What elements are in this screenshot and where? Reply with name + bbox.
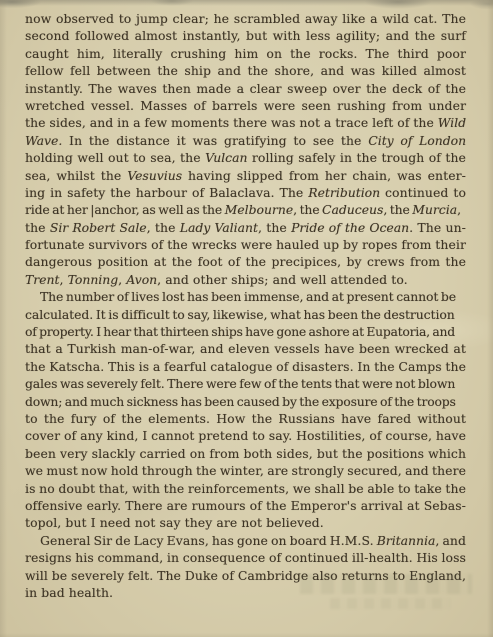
text-line-content: ing in safety the harbour of Balaclava. … <box>25 185 466 202</box>
text-line-content: caught him, literally crushing him on th… <box>25 46 466 63</box>
text-segment: of property. I hear that thirteen ships … <box>25 325 455 339</box>
text-line: wretched vessel. Masses of barrels were … <box>25 98 466 115</box>
text-line: the sides, and in a few moments there wa… <box>25 115 466 132</box>
text-line: ing in safety the harbour of Balaclava. … <box>25 185 466 202</box>
text-line-content: been very slackly carried on from both s… <box>25 446 466 463</box>
text-line: General Sir de Lacy Evans, has gone on b… <box>25 533 466 550</box>
text-line-content: ride at her |anchor, as well as the Melb… <box>25 202 461 219</box>
text-line-content: of property. I hear that thirteen ships … <box>25 324 455 341</box>
text-line: in bad health. <box>25 585 466 602</box>
text-segment: sea, whilst the <box>25 169 127 183</box>
paragraph: now observed to jump clear; he scrambled… <box>25 11 466 289</box>
text-line: been very slackly carried on from both s… <box>25 446 466 463</box>
text-segment: Vesuvius <box>127 169 182 183</box>
text-line: the Sir Robert Sale, the Lady Valiant, t… <box>25 220 466 237</box>
text-segment: In the distance it was gratifying to see… <box>62 134 368 148</box>
text-segment: ride at her |anchor, as well as the <box>25 203 225 217</box>
text-segment: dangerous position at the foot of the pr… <box>25 255 466 269</box>
text-line-content: wretched vessel. Masses of barrels were … <box>25 98 466 115</box>
text-line: Trent, Tonning, Avon, and other ships; a… <box>25 272 466 289</box>
text-line-content: the sides, and in a few moments there wa… <box>25 115 466 132</box>
text-line: ride at her |anchor, as well as the Melb… <box>25 202 466 219</box>
text-line-content: Trent, Tonning, Avon, and other ships; a… <box>25 272 408 289</box>
text-line-content: calculated. It is difficult to say, like… <box>25 307 455 324</box>
text-segment: now observed to jump clear; he scrambled… <box>25 12 466 26</box>
text-segment: fellow fell between the ship and the sho… <box>25 64 466 78</box>
text-line: cover of any kind, I cannot pretend to s… <box>25 428 466 445</box>
text-segment: offensive early. There are rumours of th… <box>25 499 466 513</box>
text-line: down; and much sickness has been caused … <box>25 394 466 411</box>
text-line: now observed to jump clear; he scrambled… <box>25 11 466 28</box>
paragraph: The number of lives lost has been immens… <box>25 289 466 532</box>
text-line-content: fellow fell between the ship and the sho… <box>25 63 466 80</box>
text-segment: topol, but I need not say they are not b… <box>25 516 324 530</box>
text-segment: instantly. The waves then made a clear s… <box>25 82 466 96</box>
text-segment: Avon <box>126 273 157 287</box>
text-line-content: Wave. In the distance it was gratifying … <box>25 133 466 150</box>
text-segment: caught him, literally crushing him on th… <box>25 47 466 61</box>
text-line-content: is no doubt that, with the reinforcement… <box>25 481 466 498</box>
text-segment: having slipped from her chain, was enter… <box>182 169 466 183</box>
text-segment: is no doubt that, with the reinforcement… <box>25 482 466 496</box>
text-line: instantly. The waves then made a clear s… <box>25 81 466 98</box>
text-line: fellow fell between the ship and the sho… <box>25 63 466 80</box>
text-segment: , and <box>435 534 466 548</box>
text-segment: Retribution <box>308 186 380 200</box>
text-line: holding well out to sea, the Vulcan roll… <box>25 150 466 167</box>
text-line: is no doubt that, with the reinforcement… <box>25 481 466 498</box>
text-segment: , the <box>383 203 412 217</box>
text-segment: Tonning <box>68 273 119 287</box>
text-segment: , the <box>147 221 180 235</box>
text-line: calculated. It is difficult to say, like… <box>25 307 466 324</box>
text-segment: wretched vessel. Masses of barrels were … <box>25 99 466 113</box>
text-segment: Vulcan <box>205 151 247 165</box>
text-segment: Melbourne <box>225 203 294 217</box>
text-line: the Katscha. This is a fearful catalogue… <box>25 359 466 376</box>
text-line-content: offensive early. There are rumours of th… <box>25 498 466 515</box>
text-segment: will be severely felt. The Duke of Cambr… <box>25 569 466 583</box>
text-line-content: instantly. The waves then made a clear s… <box>25 81 466 98</box>
text-segment: General Sir de Lacy Evans, has gone on b… <box>40 534 377 548</box>
text-line: fortunate survivors of the wrecks were h… <box>25 237 466 254</box>
text-line-content: we must now hold through the winter, are… <box>25 463 466 480</box>
text-segment: second followed almost instantly, but wi… <box>25 29 466 43</box>
text-segment: we must now hold through the winter, are… <box>25 464 466 478</box>
text-line: resigns his command, in consequence of c… <box>25 550 466 567</box>
text-line-content: second followed almost instantly, but wi… <box>25 28 466 45</box>
text-segment: , and other ships; and well attended to. <box>157 273 408 287</box>
text-line: of property. I hear that thirteen ships … <box>25 324 466 341</box>
text-line: The number of lives lost has been immens… <box>25 289 466 306</box>
text-line: caught him, literally crushing him on th… <box>25 46 466 63</box>
text-segment: Wild <box>438 116 466 130</box>
text-line-content: fortunate survivors of the wrecks were h… <box>25 237 466 254</box>
text-line: Wave. In the distance it was gratifying … <box>25 133 466 150</box>
text-line-content: The number of lives lost has been immens… <box>40 289 456 306</box>
text-segment: The number of lives lost has been immens… <box>40 290 456 304</box>
text-segment: Lady Valiant <box>180 221 258 235</box>
text-line: offensive early. There are rumours of th… <box>25 498 466 515</box>
text-line-content: topol, but I need not say they are not b… <box>25 515 324 532</box>
text-segment: fortunate survivors of the wrecks were h… <box>25 238 466 252</box>
text-line: will be severely felt. The Duke of Cambr… <box>25 568 466 585</box>
text-segment: to the fury of the elements. How the Rus… <box>25 412 466 426</box>
text-line-content: General Sir de Lacy Evans, has gone on b… <box>40 533 466 550</box>
text-line-content: the Sir Robert Sale, the Lady Valiant, t… <box>25 220 466 237</box>
text-line-content: the Katscha. This is a fearful catalogue… <box>25 359 466 376</box>
text-segment: City of London <box>368 134 466 148</box>
text-segment: , <box>457 203 461 217</box>
text-segment: that a Turkish man-of-war, and eleven ve… <box>25 342 466 356</box>
text-line: topol, but I need not say they are not b… <box>25 515 466 532</box>
text-line: second followed almost instantly, but wi… <box>25 28 466 45</box>
text-segment: , <box>59 273 67 287</box>
text-segment: . The un- <box>409 221 466 235</box>
text-line-content: now observed to jump clear; he scrambled… <box>25 11 466 28</box>
text-line-content: holding well out to sea, the Vulcan roll… <box>25 150 466 167</box>
page-text: now observed to jump clear; he scrambled… <box>25 11 466 602</box>
text-segment: rolling safely in the trough of the <box>247 151 466 165</box>
text-segment: Pride of the Ocean <box>291 221 409 235</box>
text-line: gales was severely felt. There were few … <box>25 376 466 393</box>
text-line-content: will be severely felt. The Duke of Cambr… <box>25 568 466 585</box>
text-segment: cover of any kind, I cannot pretend to s… <box>25 429 466 443</box>
text-segment: calculated. It is difficult to say, like… <box>25 308 455 322</box>
text-segment: continued to <box>380 186 466 200</box>
text-segment: Britannia <box>377 534 436 548</box>
text-segment: , the <box>258 221 291 235</box>
text-segment: the <box>25 221 50 235</box>
text-segment: Sir Robert Sale <box>50 221 147 235</box>
scanned-page: now observed to jump clear; he scrambled… <box>0 0 493 637</box>
text-line-content: resigns his command, in consequence of c… <box>25 550 466 567</box>
text-line: that a Turkish man-of-war, and eleven ve… <box>25 341 466 358</box>
text-segment: Murcia <box>412 203 457 217</box>
text-segment: , the <box>293 203 322 217</box>
text-line: to the fury of the elements. How the Rus… <box>25 411 466 428</box>
text-segment: been very slackly carried on from both s… <box>25 447 466 461</box>
text-segment: down; and much sickness has been caused … <box>25 395 456 409</box>
text-segment: Wave. <box>25 134 62 148</box>
text-segment: gales was severely felt. There were few … <box>25 377 455 391</box>
text-segment: Trent <box>25 273 59 287</box>
text-segment: the sides, and in a few moments there wa… <box>25 116 438 130</box>
text-line: sea, whilst the Vesuvius having slipped … <box>25 168 466 185</box>
text-line: we must now hold through the winter, are… <box>25 463 466 480</box>
text-segment: resigns his command, in consequence of c… <box>25 551 466 565</box>
text-segment: Caduceus <box>322 203 383 217</box>
text-segment: the Katscha. This is a fearful catalogue… <box>25 360 466 374</box>
text-line-content: dangerous position at the foot of the pr… <box>25 254 466 271</box>
paragraph: General Sir de Lacy Evans, has gone on b… <box>25 533 466 603</box>
text-line: dangerous position at the foot of the pr… <box>25 254 466 271</box>
text-line-content: down; and much sickness has been caused … <box>25 394 456 411</box>
text-segment: holding well out to sea, the <box>25 151 205 165</box>
text-line-content: that a Turkish man-of-war, and eleven ve… <box>25 341 466 358</box>
text-segment: ing in safety the harbour of Balaclava. … <box>25 186 308 200</box>
text-line-content: gales was severely felt. There were few … <box>25 376 455 393</box>
text-line-content: cover of any kind, I cannot pretend to s… <box>25 428 466 445</box>
text-line-content: in bad health. <box>25 585 113 602</box>
text-segment: in bad health. <box>25 586 113 600</box>
text-line-content: to the fury of the elements. How the Rus… <box>25 411 466 428</box>
text-line-content: sea, whilst the Vesuvius having slipped … <box>25 168 466 185</box>
